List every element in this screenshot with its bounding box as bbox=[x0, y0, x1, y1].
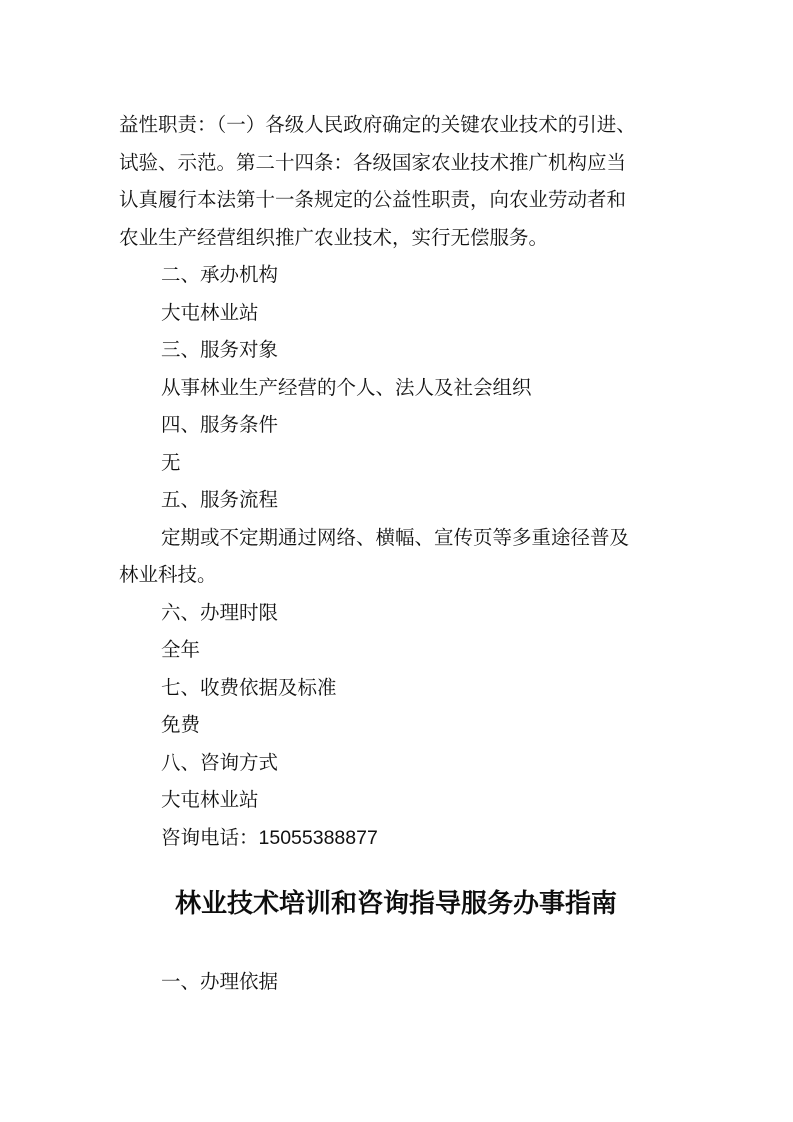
contact-phone: 咨询电话：15055388877 bbox=[119, 820, 673, 858]
section-heading-basis: 一、办理依据 bbox=[119, 964, 673, 1002]
document-title: 林业技术培训和咨询指导服务办事指南 bbox=[119, 880, 673, 926]
service-target-text: 从事林业生产经营的个人、法人及社会组织 bbox=[119, 370, 673, 408]
section-heading-fee: 七、收费依据及标准 bbox=[119, 670, 673, 708]
processing-time-text: 全年 bbox=[119, 632, 673, 670]
section-heading-service-process: 五、服务流程 bbox=[119, 482, 673, 520]
organization-name: 大屯林业站 bbox=[119, 295, 673, 333]
legal-basis-text-line: 农业生产经营组织推广农业技术，实行无偿服务。 bbox=[119, 220, 673, 258]
section-heading-service-target: 三、服务对象 bbox=[119, 332, 673, 370]
section-heading-processing-time: 六、办理时限 bbox=[119, 595, 673, 633]
legal-basis-text-line: 益性职责：（一）各级人民政府确定的关键农业技术的引进、 bbox=[119, 107, 673, 145]
section-heading-service-condition: 四、服务条件 bbox=[119, 407, 673, 445]
service-process-text-line: 定期或不定期通过网络、横幅、宣传页等多重途径普及 bbox=[119, 520, 673, 558]
legal-basis-text-line: 认真履行本法第十一条规定的公益性职责，向农业劳动者和 bbox=[119, 182, 673, 220]
fee-text: 免费 bbox=[119, 707, 673, 745]
document-page: 益性职责：（一）各级人民政府确定的关键农业技术的引进、 试验、示范。第二十四条：… bbox=[0, 0, 793, 1122]
document-content: 益性职责：（一）各级人民政府确定的关键农业技术的引进、 试验、示范。第二十四条：… bbox=[0, 0, 793, 1002]
service-condition-text: 无 bbox=[119, 445, 673, 483]
section-heading-organization: 二、承办机构 bbox=[119, 257, 673, 295]
service-process-text-line: 林业科技。 bbox=[119, 557, 673, 595]
contact-organization: 大屯林业站 bbox=[119, 782, 673, 820]
section-heading-contact: 八、咨询方式 bbox=[119, 745, 673, 783]
legal-basis-text-line: 试验、示范。第二十四条：各级国家农业技术推广机构应当 bbox=[119, 145, 673, 183]
